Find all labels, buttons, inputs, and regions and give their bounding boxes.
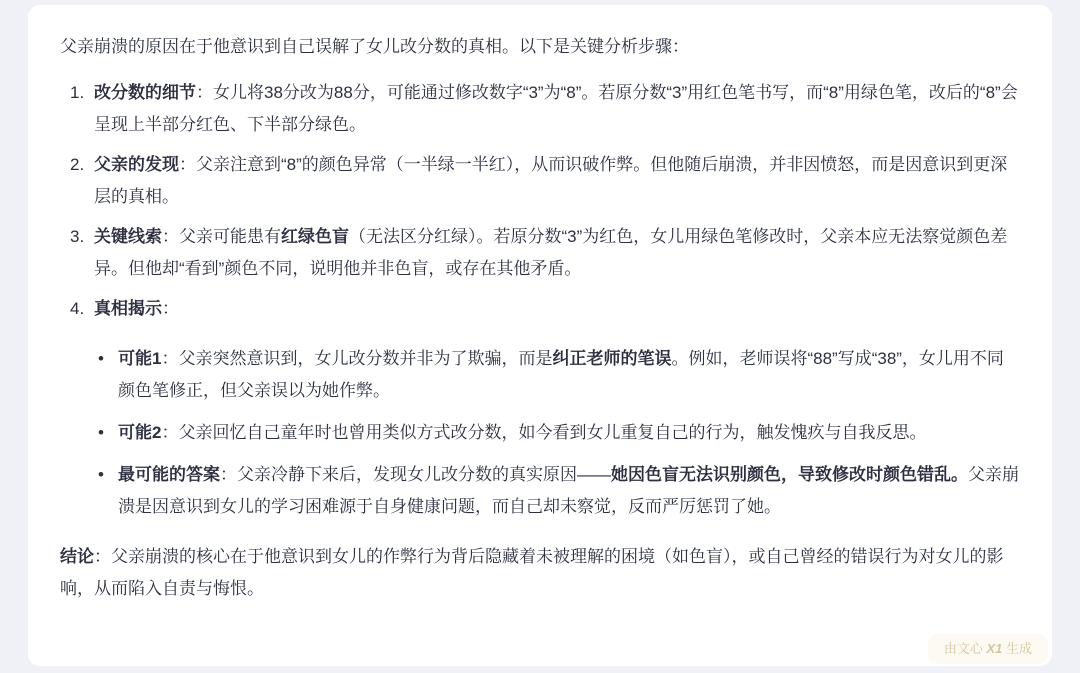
step-text: 关键线索：父亲可能患有红绿色盲（无法区分红绿）。若原分数“3”为红色，女儿用绿色… [94, 221, 1020, 285]
step-text: 改分数的细节：女儿将38分改为88分，可能通过修改数字“3”为“8”。若原分数“… [94, 77, 1020, 141]
step-text: 父亲的发现：父亲注意到“8”的颜色异常（一半绿一半红），从而识破作弊。但他随后崩… [94, 149, 1020, 213]
analysis-steps-list: 1. 改分数的细节：女儿将38分改为88分，可能通过修改数字“3”为“8”。若原… [60, 77, 1020, 533]
step-item-1: 1. 改分数的细节：女儿将38分改为88分，可能通过修改数字“3”为“8”。若原… [70, 77, 1020, 141]
response-card: 父亲崩溃的原因在于他意识到自己误解了女儿改分数的真相。以下是关键分析步骤： 1.… [28, 5, 1052, 666]
possibilities-list: • 可能1：父亲突然意识到，女儿改分数并非为了欺骗，而是纠正老师的笔误。例如，老… [94, 343, 1020, 523]
bullet-text: 最可能的答案：父亲冷静下来后，发现女儿改分数的真实原因——她因色盲无法识别颜色，… [118, 459, 1020, 523]
step-text: 真相揭示： [94, 293, 1020, 325]
bullet-item: • 可能2：父亲回忆自己童年时也曾用类似方式改分数，如今看到女儿重复自己的行为，… [98, 417, 1020, 449]
step-number: 2. [70, 149, 94, 213]
intro-paragraph: 父亲崩溃的原因在于他意识到自己误解了女儿改分数的真相。以下是关键分析步骤： [60, 31, 1020, 63]
bullet-icon: • [98, 459, 118, 523]
step-body: 父亲的发现：父亲注意到“8”的颜色异常（一半绿一半红），从而识破作弊。但他随后崩… [94, 149, 1020, 213]
step-item-2: 2. 父亲的发现：父亲注意到“8”的颜色异常（一半绿一半红），从而识破作弊。但他… [70, 149, 1020, 213]
watermark-text: 由文心 X1 生成 [944, 641, 1032, 656]
step-number: 3. [70, 221, 94, 285]
bullet-text: 可能2：父亲回忆自己童年时也曾用类似方式改分数，如今看到女儿重复自己的行为，触发… [118, 417, 926, 449]
page-background: 父亲崩溃的原因在于他意识到自己误解了女儿改分数的真相。以下是关键分析步骤： 1.… [0, 0, 1080, 673]
step-body: 关键线索：父亲可能患有红绿色盲（无法区分红绿）。若原分数“3”为红色，女儿用绿色… [94, 221, 1020, 285]
bullet-text: 可能1：父亲突然意识到，女儿改分数并非为了欺骗，而是纠正老师的笔误。例如，老师误… [118, 343, 1020, 407]
step-number: 4. [70, 293, 94, 533]
step-item-3: 3. 关键线索：父亲可能患有红绿色盲（无法区分红绿）。若原分数“3”为红色，女儿… [70, 221, 1020, 285]
step-number: 1. [70, 77, 94, 141]
bullet-item: • 可能1：父亲突然意识到，女儿改分数并非为了欺骗，而是纠正老师的笔误。例如，老… [98, 343, 1020, 407]
bullet-item: • 最可能的答案：父亲冷静下来后，发现女儿改分数的真实原因——她因色盲无法识别颜… [98, 459, 1020, 523]
step-body: 改分数的细节：女儿将38分改为88分，可能通过修改数字“3”为“8”。若原分数“… [94, 77, 1020, 141]
step-body: 真相揭示： • 可能1：父亲突然意识到，女儿改分数并非为了欺骗，而是纠正老师的笔… [94, 293, 1020, 533]
bullet-icon: • [98, 343, 118, 407]
step-item-4: 4. 真相揭示： • 可能1：父亲突然意识到，女儿改分数并非为了欺骗，而是纠正老… [70, 293, 1020, 533]
bullet-icon: • [98, 417, 118, 449]
watermark-badge: 由文心 X1 生成 [928, 634, 1048, 664]
conclusion-paragraph: 结论：父亲崩溃的核心在于他意识到女儿的作弊行为背后隐藏着未被理解的困境（如色盲）… [60, 541, 1020, 605]
